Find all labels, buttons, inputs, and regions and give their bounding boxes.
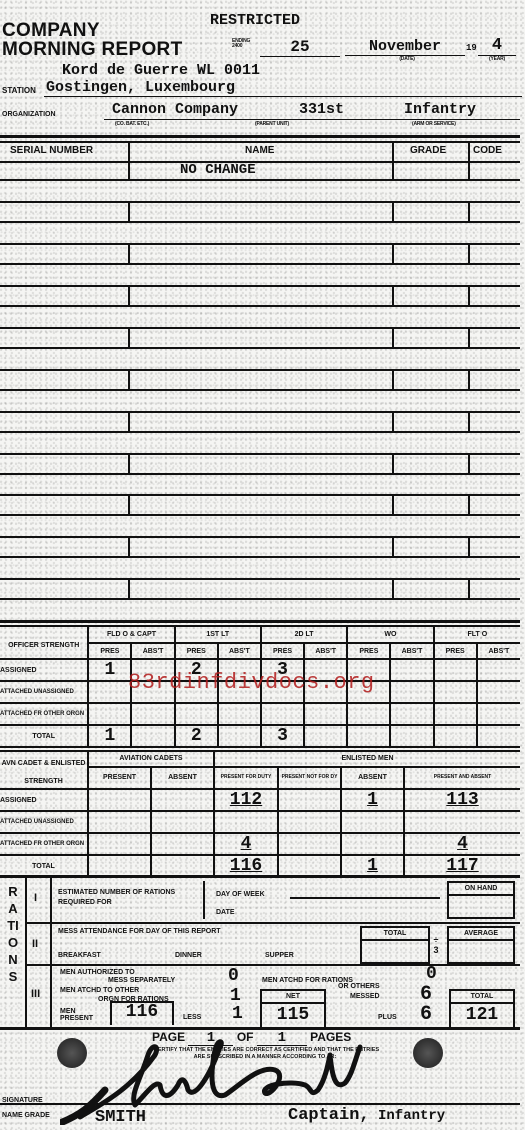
org-caption-unit: (CO. BAT. ETC.): [115, 122, 149, 127]
cell: [278, 855, 341, 877]
roster-blank-row: [0, 411, 520, 433]
cell: 3: [261, 725, 304, 747]
signer-name: SMITH: [95, 1108, 146, 1127]
row-label: TOTAL: [0, 725, 88, 747]
cell: 2: [175, 725, 218, 747]
auth-separately-label-2: MESS SEPARATELY: [108, 977, 175, 984]
enlisted-row-attached-unassigned: ATTACHED UNASSIGNED: [0, 811, 520, 833]
cell: [88, 855, 151, 877]
row-label: TOTAL: [0, 855, 88, 877]
roster-blank-row: [0, 285, 520, 307]
cell: [151, 833, 214, 855]
org-caption-parent: (PARENT UNIT): [255, 122, 289, 127]
row-label: ASSIGNED: [0, 659, 88, 681]
row-label: ATTACHED UNASSIGNED: [0, 681, 88, 703]
roster-blank-row: [0, 327, 520, 349]
rations-side-label: RATIONS: [6, 883, 20, 985]
roster-top-border: [0, 135, 520, 138]
roster-entry-name: NO CHANGE: [180, 162, 256, 178]
average-box: AVERAGE: [447, 926, 515, 964]
cell: 4: [214, 833, 278, 855]
subcol-abst: ABS'T: [218, 643, 261, 660]
net-value: 115: [262, 1006, 324, 1024]
org-caption-arm: (ARM OR SERVICE): [412, 122, 456, 127]
enlisted-strength-table: AVN CADET & ENLISTED STRENGTH AVIATION C…: [0, 750, 520, 878]
roster-blank-row: [0, 369, 520, 391]
cell: [131, 725, 174, 747]
roster-blank-row: [0, 578, 520, 600]
cell: 116: [214, 855, 278, 877]
cell: [88, 833, 151, 855]
officer-row-attached-other-orgn: ATTACHED FR OTHER ORGN: [0, 703, 520, 725]
atchd-for-rations-value: 0: [426, 965, 437, 983]
attendance-total-box: TOTAL: [360, 926, 430, 964]
report-month: November: [345, 38, 465, 56]
atchd-other-value: 1: [230, 987, 241, 1005]
station-label: STATION: [2, 87, 36, 95]
group-fld-o-capt: FLD O & CAPT: [88, 626, 174, 643]
enlisted-row-assigned: ASSIGNED 112 1 113: [0, 789, 520, 811]
section-ii-number: II: [32, 940, 38, 948]
col-code: CODE: [473, 147, 502, 155]
subcol-present-for-duty: PRESENT FOR DUTY: [214, 767, 278, 789]
enlisted-strength-title: AVN CADET & ENLISTED STRENGTH: [0, 751, 88, 789]
men-present-label: MEN PRESENT: [60, 1008, 110, 1022]
supper-label: SUPPER: [265, 952, 294, 959]
cell: [218, 725, 261, 747]
org-arm: Infantry: [404, 101, 476, 118]
name-grade-label: NAME GRADE: [2, 1112, 50, 1119]
section-i-label: ESTIMATED NUMBER OF RATIONS REQUIRED FOR: [58, 888, 198, 908]
net-box: NET 115: [260, 989, 326, 1027]
cell: [347, 725, 390, 747]
day-of-week-field[interactable]: [290, 897, 440, 899]
cell: [477, 725, 520, 747]
cell: [278, 833, 341, 855]
section-iii-number: III: [31, 990, 40, 998]
signer-rank: Captain,: [288, 1106, 370, 1125]
roster-blank-row: [0, 536, 520, 558]
classification-stamp: RESTRICTED: [210, 12, 300, 29]
less-label: LESS: [183, 1014, 201, 1021]
organization-line: Cannon Company 331st Infantry: [104, 101, 520, 120]
subcol-present-not-for-duty: PRESENT NOT FOR DY: [278, 767, 341, 789]
org-unit: Cannon Company: [112, 101, 238, 118]
row-label: ASSIGNED: [0, 789, 88, 811]
cell: [88, 789, 151, 811]
subcol-pres: PRES: [347, 643, 390, 660]
roster-blank-row: [0, 201, 520, 223]
watermark-text: 83rdinfdivdocs.org: [128, 670, 375, 695]
map-coordinates: Kord de Guerre WL 0011: [62, 62, 260, 79]
org-parent-unit: 331st: [299, 101, 344, 118]
cell: 117: [404, 855, 520, 877]
total-rations-value: 121: [451, 1006, 513, 1024]
row-label: ATTACHED FR OTHER ORGN: [0, 703, 88, 725]
roster-entry-row: NO CHANGE: [0, 161, 520, 181]
group-aviation-cadets: AVIATION CADETS: [88, 751, 214, 767]
station-value: Gostingen, Luxembourg: [44, 79, 522, 97]
officer-strength-title: OFFICER STRENGTH: [0, 626, 88, 659]
subcol-present-and-absent: PRESENT AND ABSENT: [404, 767, 520, 789]
cell: [390, 659, 433, 681]
enlisted-row-total: TOTAL 116 1 117: [0, 855, 520, 877]
cell: [477, 659, 520, 681]
signer-branch: Infantry: [378, 1108, 445, 1124]
cell: [278, 789, 341, 811]
total-rations-label: TOTAL: [451, 991, 513, 1004]
attendance-total-label: TOTAL: [362, 928, 428, 941]
cell: 113: [404, 789, 520, 811]
date-label: DATE: [216, 909, 235, 916]
group-enlisted-men: ENLISTED MEN: [214, 751, 520, 767]
plus-value: 6: [420, 1005, 432, 1025]
col-name: NAME: [245, 147, 274, 155]
subcol-absent: ABSENT: [151, 767, 214, 789]
others-label-1: OR OTHERS: [338, 983, 380, 990]
group-flt-o: FLT O: [434, 626, 520, 643]
cell: 4: [404, 833, 520, 855]
subcol-pres: PRES: [175, 643, 218, 660]
cell: [341, 833, 404, 855]
plus-label: PLUS: [378, 1014, 397, 1021]
enlisted-row-attached-other-orgn: ATTACHED FR OTHER ORGN 4 4: [0, 833, 520, 855]
date-caption: (DATE): [352, 57, 462, 62]
col-grade: GRADE: [410, 147, 446, 155]
others-value: 6: [420, 985, 432, 1005]
cell: 1: [341, 855, 404, 877]
group-wo: WO: [347, 626, 433, 643]
men-present-value: 116: [110, 1001, 174, 1025]
year-caption: (YEAR): [478, 57, 516, 62]
cell: [390, 725, 433, 747]
section-i-number: I: [34, 894, 37, 902]
group-2d-lt: 2D LT: [261, 626, 347, 643]
subcol-pres: PRES: [434, 643, 477, 660]
year-prefix: 19: [466, 43, 477, 53]
form-title-company: COMPANY: [2, 21, 100, 40]
breakfast-label: BREAKFAST: [58, 952, 101, 959]
row-label: ATTACHED FR OTHER ORGN: [0, 833, 88, 855]
cell: [434, 725, 477, 747]
divide-by-three: ÷ 3: [431, 935, 441, 955]
cell: [151, 789, 214, 811]
cell: [151, 855, 214, 877]
less-value: 1: [232, 1005, 243, 1023]
subcol-abst: ABS'T: [390, 643, 433, 660]
report-day: 25: [260, 38, 340, 57]
col-serial-number: SERIAL NUMBER: [10, 147, 93, 155]
roster-header-row: SERIAL NUMBER NAME GRADE CODE: [0, 141, 520, 163]
roster-bottom-border: [0, 620, 520, 623]
signature-line: [0, 1103, 520, 1105]
subcol-present: PRESENT: [88, 767, 151, 789]
subcol-absent: ABSENT: [341, 767, 404, 789]
organization-label: ORGANIZATION: [2, 111, 56, 119]
form-title-morning-report: MORNING REPORT: [2, 40, 182, 59]
signature-label: SIGNATURE: [2, 1097, 43, 1104]
subcol-pres: PRES: [88, 643, 131, 660]
cell: 1: [88, 659, 131, 681]
roster-blank-row: [0, 494, 520, 516]
others-label-2: MESSED: [350, 993, 380, 1000]
average-label: AVERAGE: [449, 928, 513, 941]
row-label: ATTACHED UNASSIGNED: [0, 811, 88, 833]
subcol-abst: ABS'T: [304, 643, 347, 660]
cell: [304, 725, 347, 747]
officer-row-total: TOTAL 1 2 3: [0, 725, 520, 747]
ending-label: ENDING 2400: [232, 39, 258, 49]
roster-blank-row: [0, 453, 520, 475]
subcol-abst: ABS'T: [131, 643, 174, 660]
cell: 112: [214, 789, 278, 811]
atchd-other-label-1: MEN ATCHD TO OTHER: [60, 987, 139, 994]
section-ii-label: MESS ATTENDANCE FOR DAY OF THIS REPORT: [58, 928, 221, 935]
binder-hole-right: [413, 1038, 443, 1068]
roster-blank-row: [0, 243, 520, 265]
auth-separately-label-1: MEN AUTHORIZED TO: [60, 969, 135, 976]
cell: 1: [88, 725, 131, 747]
report-year: 4: [478, 36, 516, 56]
on-hand-label: ON HAND: [449, 883, 513, 896]
group-1st-lt: 1ST LT: [175, 626, 261, 643]
net-label: NET: [262, 991, 324, 1004]
dinner-label: DINNER: [175, 952, 202, 959]
day-of-week-label: DAY OF WEEK: [216, 891, 265, 898]
cell: 1: [341, 789, 404, 811]
rations-section: RATIONS I ESTIMATED NUMBER OF RATIONS RE…: [0, 875, 520, 1030]
on-hand-box: ON HAND: [447, 881, 515, 919]
total-rations-box: TOTAL 121: [449, 989, 515, 1027]
subcol-abst: ABS'T: [477, 643, 520, 660]
subcol-pres: PRES: [261, 643, 304, 660]
auth-separately-value: 0: [228, 967, 239, 985]
cell: [434, 659, 477, 681]
